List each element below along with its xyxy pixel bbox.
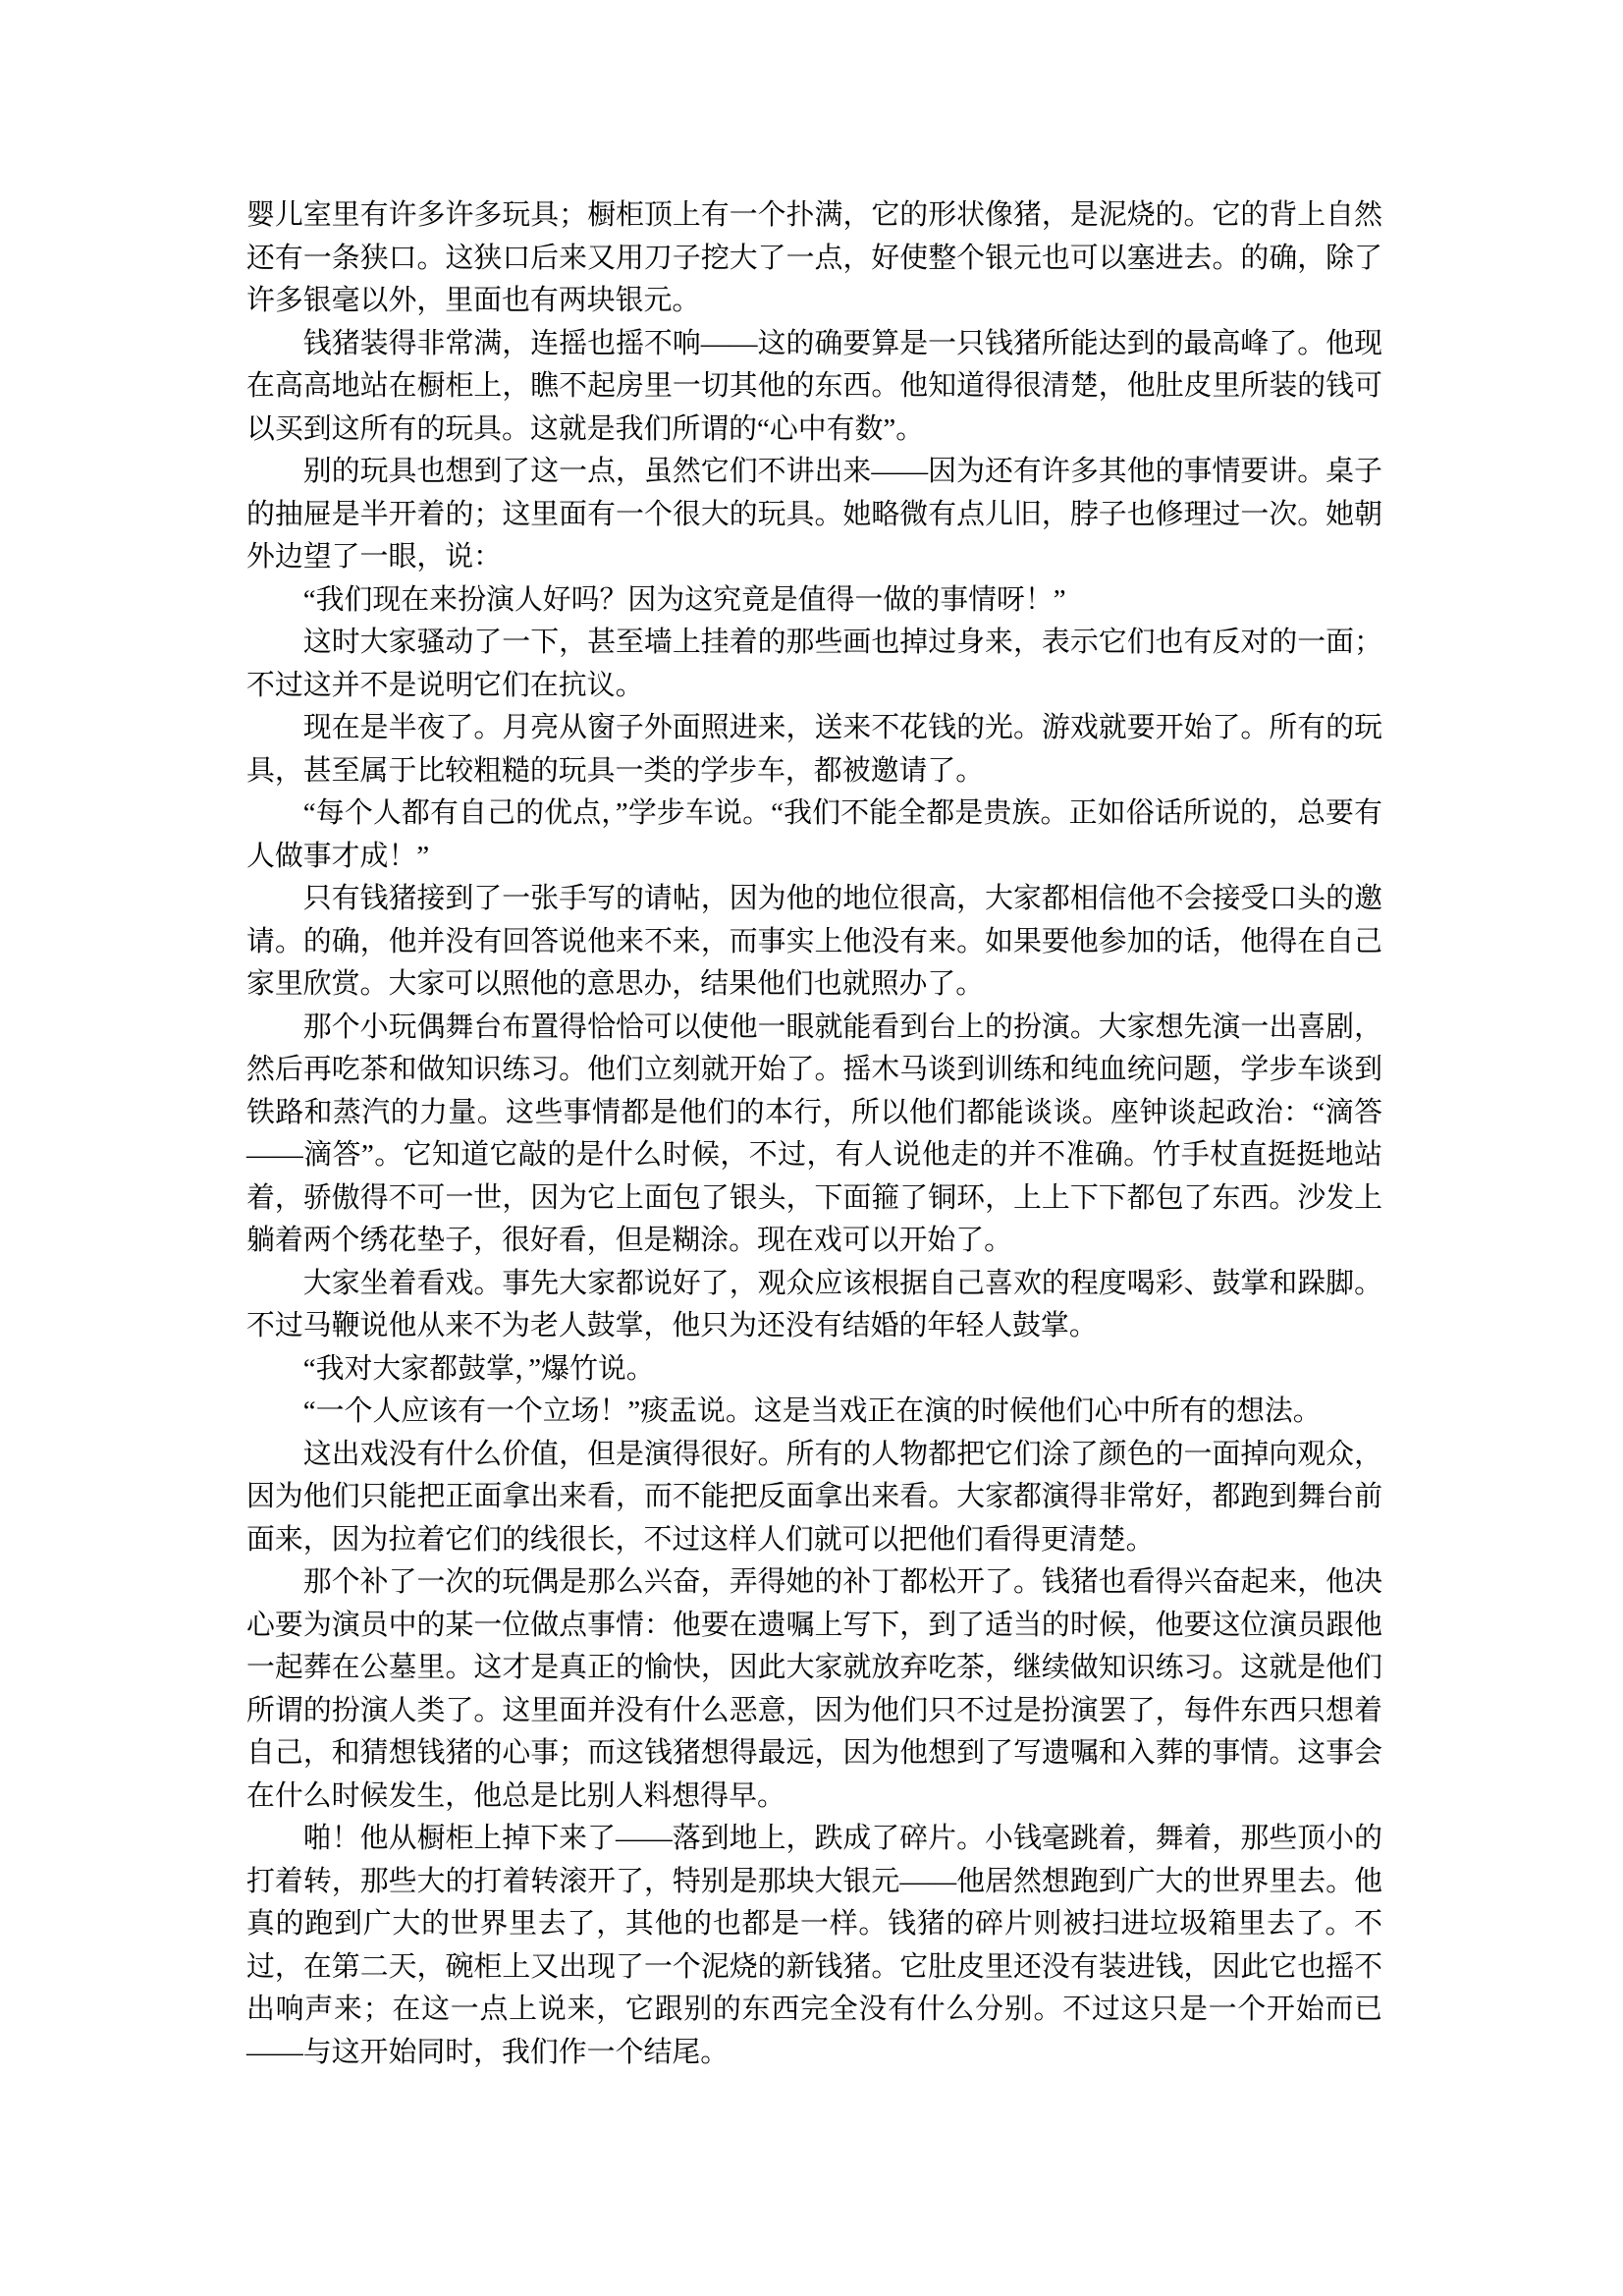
paragraph: 那个小玩偶舞台布置得恰恰可以使他一眼就能看到台上的扮演。大家想先演一出喜剧，然后… bbox=[246, 1007, 1382, 1263]
paragraph: “我对大家都鼓掌，”爆竹说。 bbox=[246, 1348, 1382, 1392]
paragraph: 那个补了一次的玩偶是那么兴奋，弄得她的补丁都松开了。钱猪也看得兴奋起来，他决心要… bbox=[246, 1561, 1382, 1818]
paragraph: 大家坐着看戏。事先大家都说好了，观众应该根据自己喜欢的程度喝彩、鼓掌和跺脚。不过… bbox=[246, 1263, 1382, 1348]
paragraph: 钱猪装得非常满，连摇也摇不响——这的确要算是一只钱猪所能达到的最高峰了。他现在高… bbox=[246, 323, 1382, 452]
paragraph: 现在是半夜了。月亮从窗子外面照进来，送来不花钱的光。游戏就要开始了。所有的玩具，… bbox=[246, 707, 1382, 793]
paragraph: 这出戏没有什么价值，但是演得很好。所有的人物都把它们涂了颜色的一面掉向观众，因为… bbox=[246, 1434, 1382, 1562]
paragraph: 啪！他从橱柜上掉下来了——落到地上，跌成了碎片。小钱毫跳着，舞着，那些顶小的打着… bbox=[246, 1818, 1382, 2074]
document-page: 婴儿室里有许多许多玩具；橱柜顶上有一个扑满，它的形状像猪，是泥烧的。它的背上自然… bbox=[0, 0, 1623, 2296]
paragraph: “每个人都有自己的优点，”学步车说。“我们不能全都是贵族。正如俗话所说的，总要有… bbox=[246, 793, 1382, 878]
paragraph: “我们现在来扮演人好吗？因为这究竟是值得一做的事情呀！” bbox=[246, 579, 1382, 623]
paragraph: 这时大家骚动了一下，甚至墙上挂着的那些画也掉过身来，表示它们也有反对的一面；不过… bbox=[246, 622, 1382, 707]
paragraph: 别的玩具也想到了这一点，虽然它们不讲出来——因为还有许多其他的事情要讲。桌子的抽… bbox=[246, 451, 1382, 579]
paragraph: 婴儿室里有许多许多玩具；橱柜顶上有一个扑满，它的形状像猪，是泥烧的。它的背上自然… bbox=[246, 194, 1382, 323]
paragraph: 只有钱猪接到了一张手写的请帖，因为他的地位很高，大家都相信他不会接受口头的邀请。… bbox=[246, 878, 1382, 1007]
paragraph: “一个人应该有一个立场！”痰盂说。这是当戏正在演的时候他们心中所有的想法。 bbox=[246, 1391, 1382, 1434]
text-column: 婴儿室里有许多许多玩具；橱柜顶上有一个扑满，它的形状像猪，是泥烧的。它的背上自然… bbox=[246, 194, 1382, 2074]
